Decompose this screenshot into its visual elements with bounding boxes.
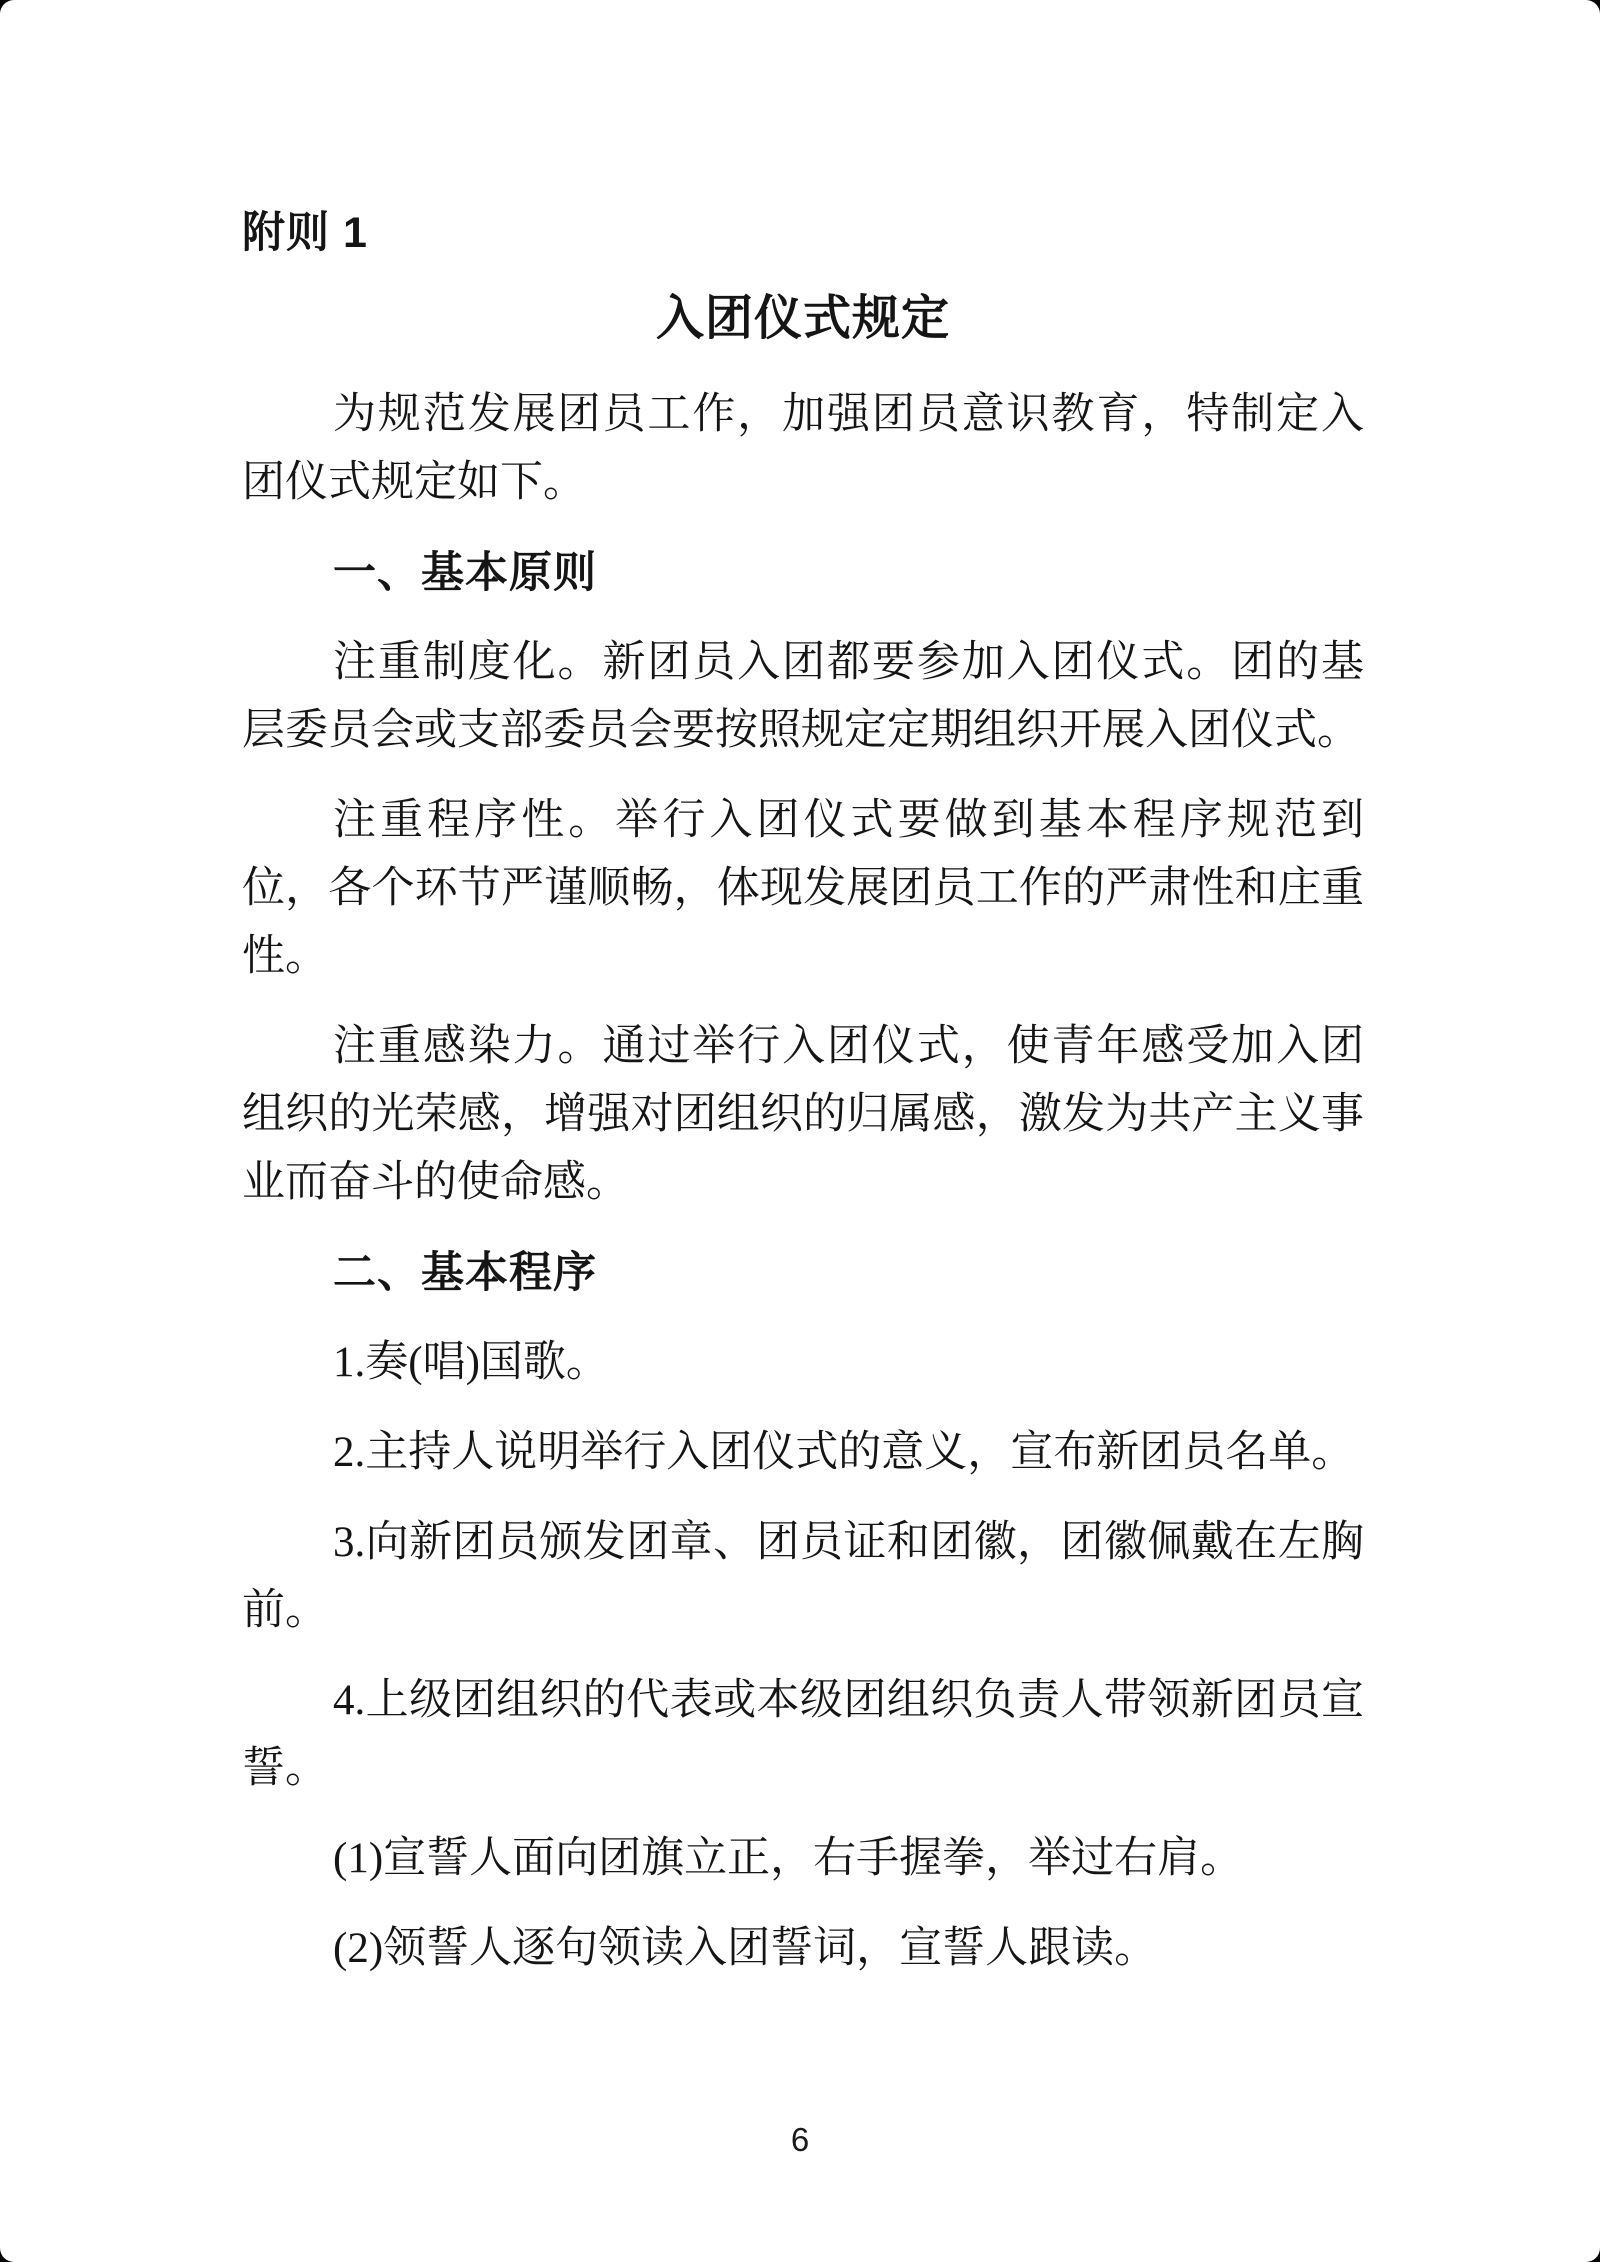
procedure-item-4-sub-2: (2)领誓人逐句领读入团誓词，宣誓人跟读。 <box>242 1915 1364 1983</box>
procedure-item-1: 1.奏(唱)国歌。 <box>242 1329 1364 1397</box>
section-heading-basic-procedure: 二、基本程序 <box>242 1239 1364 1307</box>
procedure-item-4-sub-1: (1)宣誓人面向团旗立正，右手握拳，举过右肩。 <box>242 1825 1364 1893</box>
procedure-item-3: 3.向新团员颁发团章、团员证和团徽，团徽佩戴在左胸前。 <box>242 1509 1364 1645</box>
section-heading-basic-principles: 一、基本原则 <box>242 539 1364 607</box>
appendix-label: 附则 1 <box>242 199 1364 267</box>
intro-paragraph: 为规范发展团员工作，加强团员意识教育，特制定入团仪式规定如下。 <box>242 381 1364 517</box>
document-title: 入团仪式规定 <box>242 279 1364 359</box>
principle-paragraph-procedure: 注重程序性。举行入团仪式要做到基本程序规范到位，各个环节严谨顺畅，体现发展团员工… <box>242 787 1364 991</box>
procedure-item-4: 4.上级团组织的代表或本级团组织负责人带领新团员宣誓。 <box>242 1667 1364 1803</box>
procedure-item-2: 2.主持人说明举行入团仪式的意义，宣布新团员名单。 <box>242 1419 1364 1487</box>
document-page: 附则 1 入团仪式规定 为规范发展团员工作，加强团员意识教育，特制定入团仪式规定… <box>0 0 1600 2262</box>
principle-paragraph-institutionalization: 注重制度化。新团员入团都要参加入团仪式。团的基层委员会或支部委员会要按照规定定期… <box>242 629 1364 765</box>
page-number: 6 <box>0 2118 1600 2162</box>
principle-paragraph-appeal: 注重感染力。通过举行入团仪式，使青年感受加入团组织的光荣感，增强对团组织的归属感… <box>242 1013 1364 1217</box>
